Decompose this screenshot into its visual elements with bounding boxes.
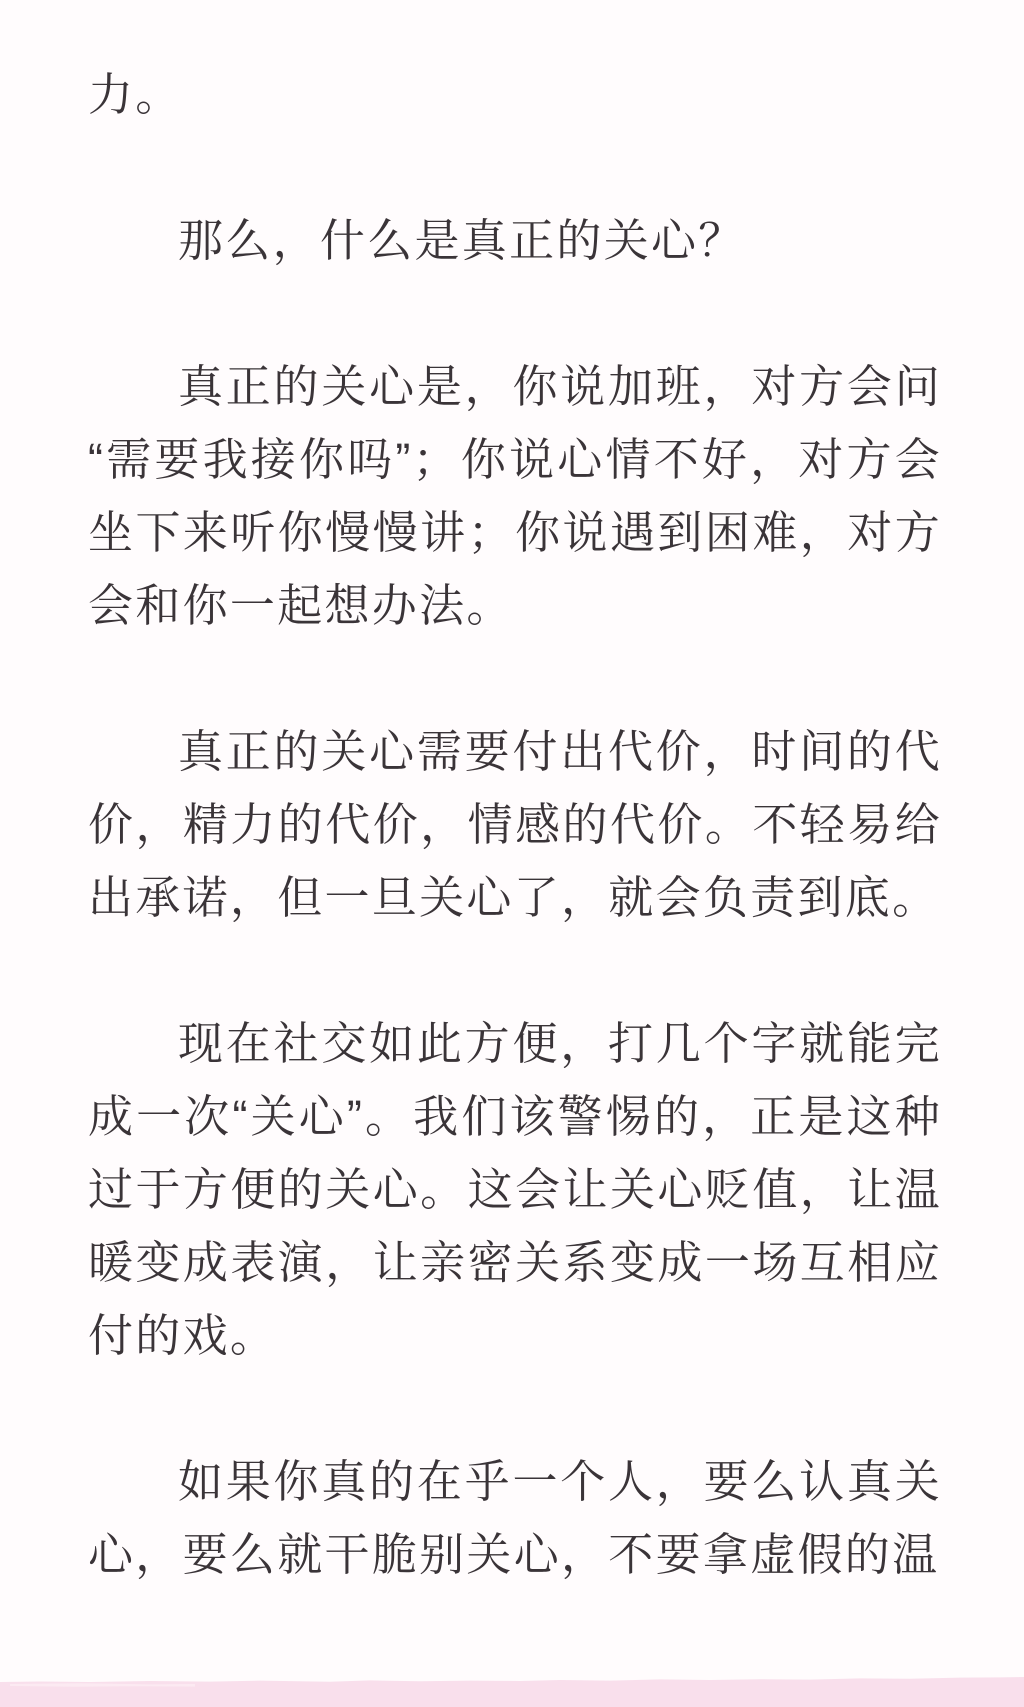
paragraph: 那么，什么是真正的关心？ [88, 204, 942, 277]
paragraph-continuation: 力。 [88, 58, 942, 131]
reader-screen: { "page": { "background_color": "#fffcfd… [0, 0, 1024, 1707]
paragraph: 如果你真的在乎一个人，要么认真关心，要么就干脆别关心，不要拿虚假的温 [88, 1445, 942, 1591]
article-text-body: 力。 那么，什么是真正的关心？ 真正的关心是，你说加班，对方会问“需要我接你吗”… [88, 58, 942, 1664]
paragraph: 真正的关心是，你说加班，对方会问“需要我接你吗”；你说心情不好，对方会坐下来听你… [88, 350, 942, 642]
paragraph: 现在社交如此方便，打几个字就能完成一次“关心”。我们该警惕的，正是这种过于方便的… [88, 1007, 942, 1372]
pink-footer-brush-strip [0, 1673, 1024, 1707]
paragraph: 真正的关心需要付出代价，时间的代价，精力的代价，情感的代价。不轻易给出承诺，但一… [88, 715, 942, 934]
